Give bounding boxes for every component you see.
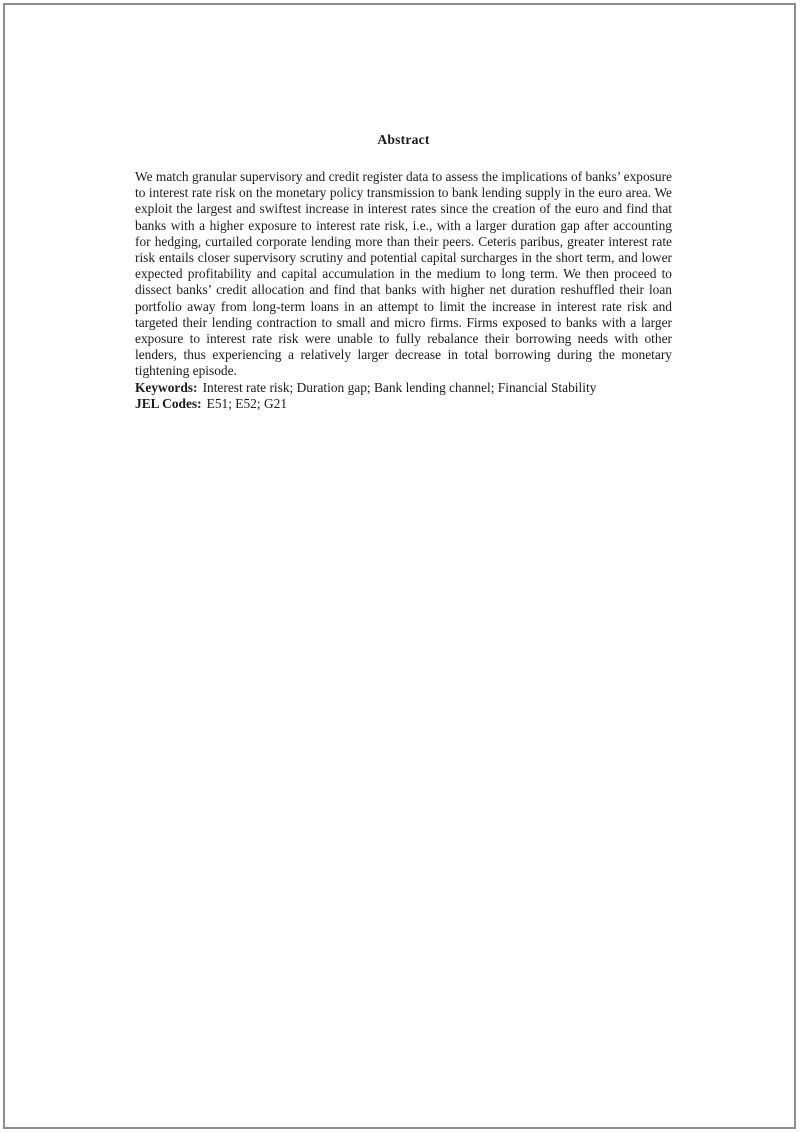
abstract-section: Abstract We match granular supervisory a… xyxy=(135,132,672,412)
keywords-line: Keywords:Interest rate risk; Duration ga… xyxy=(135,380,672,396)
abstract-title: Abstract xyxy=(135,132,672,148)
document-page: Abstract We match granular supervisory a… xyxy=(3,3,796,1129)
jel-codes-text: E51; E52; G21 xyxy=(207,396,287,411)
keywords-label: Keywords: xyxy=(135,380,197,395)
jel-codes-label: JEL Codes: xyxy=(135,396,202,411)
jel-codes-line: JEL Codes:E51; E52; G21 xyxy=(135,396,672,412)
abstract-body-text: We match granular supervisory and credit… xyxy=(135,169,672,380)
keywords-text: Interest rate risk; Duration gap; Bank l… xyxy=(203,380,597,395)
